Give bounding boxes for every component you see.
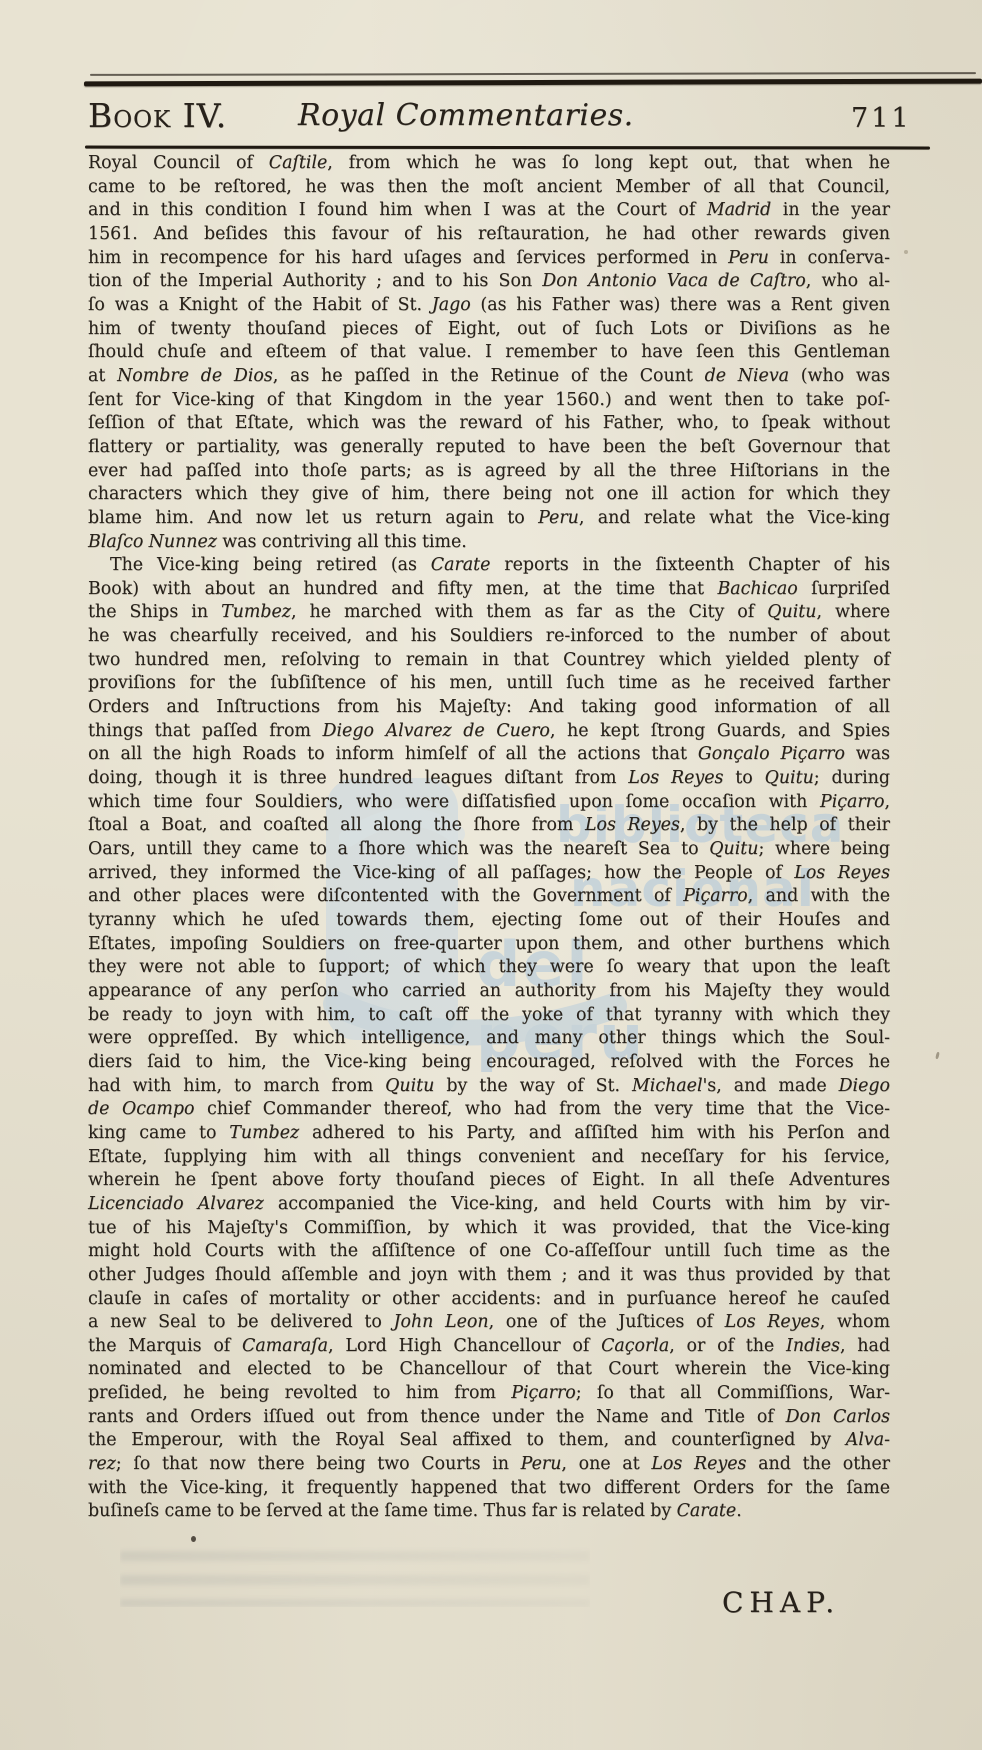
text-line: nominated and elected to be Chancellour … — [88, 1358, 890, 1382]
text-line: tue of his Majeſty's Commiſſion, by whic… — [88, 1217, 890, 1241]
text-line: Eſtate, ſupplying him with all things co… — [88, 1146, 890, 1170]
page-header: Book IV. Royal Commentaries. 711 — [0, 0, 982, 150]
text-line: Oars, untill they came to a ſhore which … — [88, 838, 890, 862]
text-line: had with him, to march from Quitu by the… — [88, 1075, 890, 1099]
text-line: doing, though it is three hundred league… — [88, 767, 890, 791]
text-line: ſeſſion of that Eſtate, which was the re… — [88, 412, 890, 436]
text-line: blame him. And now let us return again t… — [88, 507, 890, 531]
running-title: Royal Commentaries. — [298, 98, 634, 133]
text-line: came to be reſtored, he was then the moſ… — [88, 176, 890, 200]
text-line: which time four Souldiers, who were diſſ… — [88, 791, 890, 815]
text-line: Licenciado Alvarez accompanied the Vice-… — [88, 1193, 890, 1217]
catchword: CHAP. — [722, 1586, 840, 1619]
text-line: ſhould chuſe and eſteem of that value. I… — [88, 341, 890, 365]
text-line: Book) with about an hundred and fifty me… — [88, 578, 890, 602]
text-line: other Judges ſhould aſſemble and joyn wi… — [88, 1264, 890, 1288]
text-line: two hundred men, reſolving to remain in … — [88, 649, 890, 673]
text-line: ſo was a Knight of the Habit of St. Jago… — [88, 294, 890, 318]
text-line: buſineſs came to be ſerved at the ſame t… — [88, 1500, 890, 1524]
text-line: he was chearfully received, and his Soul… — [88, 625, 890, 649]
text-line: the Ships in Tumbez, he marched with the… — [88, 601, 890, 625]
text-line: arrived, they informed the Vice-king of … — [88, 862, 890, 886]
text-line: appearance of any perſon who carried an … — [88, 980, 890, 1004]
text-line: at Nombre de Dios, as he paſſed in the R… — [88, 365, 890, 389]
text-line: the Marquis of Camaraſa, Lord High Chanc… — [88, 1335, 890, 1359]
text-line: him of twenty thouſand pieces of Eight, … — [88, 318, 890, 342]
text-line: Eſtates, impoſing Souldiers on free-quar… — [88, 933, 890, 957]
text-line: on all the high Roads to inform himſelf … — [88, 743, 890, 767]
paper-speck — [904, 250, 908, 254]
text-line: preſided, he being revolted to him from … — [88, 1382, 890, 1406]
text-line: wherein he ſpent above forty thouſand pi… — [88, 1169, 890, 1193]
text-line: Blaſco Nunnez was contriving all this ti… — [88, 531, 890, 555]
paper-speck — [935, 1052, 940, 1060]
text-line: proviſions for the ſubſiſtence of his me… — [88, 672, 890, 696]
text-line: be ready to joyn with him, to caſt off t… — [88, 1004, 890, 1028]
text-line: ever had paſſed into thoſe parts; as is … — [88, 460, 890, 484]
text-line: might hold Courts with the aſſiſtence of… — [88, 1240, 890, 1264]
page-number: 711 — [851, 103, 912, 134]
body-text: Royal Council of Caſtile, from which he … — [88, 152, 890, 1524]
text-line: with the Vice-king, it frequently happen… — [88, 1477, 890, 1501]
text-line: The Vice-king being retired (as Carate r… — [88, 554, 890, 578]
text-line: ſent for Vice-king of that Kingdom in th… — [88, 389, 890, 413]
show-through-ghost-text — [120, 1545, 590, 1607]
text-line: king came to Tumbez adhered to his Party… — [88, 1122, 890, 1146]
text-line: were oppreſſed. By which intelligence, a… — [88, 1027, 890, 1051]
text-line: him in recompence for his hard uſages an… — [88, 247, 890, 271]
text-line: they were not able to ſupport; of which … — [88, 956, 890, 980]
text-line: characters which they give of him, there… — [88, 483, 890, 507]
text-line: and other places were diſcontented with … — [88, 885, 890, 909]
text-line: Orders and Inſtructions from his Majeſty… — [88, 696, 890, 720]
text-line: a new Seal to be delivered to John Leon,… — [88, 1311, 890, 1335]
book-label: Book IV. — [88, 96, 227, 135]
text-line: 1561. And beſides this favour of his reſ… — [88, 223, 890, 247]
text-line: the Emperour, with the Royal Seal affixe… — [88, 1429, 890, 1453]
text-line: and in this condition I found him when I… — [88, 199, 890, 223]
ink-spot — [191, 1536, 196, 1542]
text-line: clauſe in caſes of mortality or other ac… — [88, 1288, 890, 1312]
text-line: diers ſaid to him, the Vice-king being e… — [88, 1051, 890, 1075]
text-line: flattery or partiality, was generally re… — [88, 436, 890, 460]
text-line: ſtoal a Boat, and coaſted all along the … — [88, 814, 890, 838]
book-page: Book IV. Royal Commentaries. 711 bibliot… — [0, 0, 982, 1750]
text-line: rez; ſo that now there being two Courts … — [88, 1453, 890, 1477]
text-line: things that paſſed from Diego Alvarez de… — [88, 720, 890, 744]
text-line: Royal Council of Caſtile, from which he … — [88, 152, 890, 176]
text-line: de Ocampo chief Commander thereof, who h… — [88, 1098, 890, 1122]
text-line: rants and Orders iſſued out from thence … — [88, 1406, 890, 1430]
text-line: tion of the Imperial Authority ; and to … — [88, 270, 890, 294]
text-line: tyranny which he uſed towards them, ejec… — [88, 909, 890, 933]
